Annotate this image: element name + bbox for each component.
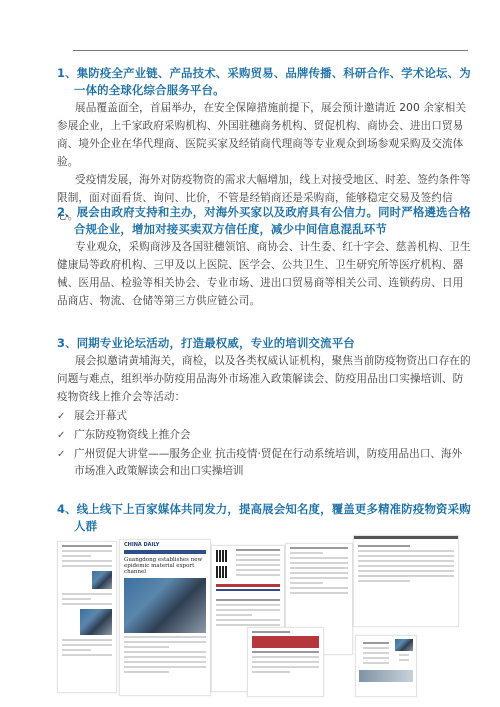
section-2: 2、展会由政府支持和主办，对海外买家以及政府具有公信力。同时严格遴选合格合规企业… [57, 204, 472, 310]
news-photo [92, 571, 112, 589]
check-icon: ✓ [57, 408, 65, 425]
checklist-item: ✓广州贸促大讲堂——服务企业 抗击疫情·贸促在行动系统培训，防疫用品出口、海外市… [57, 446, 472, 480]
newspaper-page [355, 635, 417, 697]
section-number: 4、 [57, 502, 77, 516]
section-title: 集防疫全产业链、产品技术、采购贸易、品牌传播、科研合作、学术论坛、为一体的全球化… [74, 66, 471, 97]
section-number: 2、 [57, 205, 77, 219]
newspaper-clipping [57, 541, 117, 693]
checklist-item: ✓展会开幕式 [57, 408, 472, 425]
news-photo [395, 639, 413, 651]
article-headline: Guangdong establishes new epidemic mater… [124, 557, 206, 575]
section-heading: 1、集防疫全产业链、产品技术、采购贸易、品牌传播、科研合作、学术论坛、为一体的全… [57, 65, 472, 99]
section-3: 3、同期专业论坛活动，打造最权威，专业的培训交流平台 展会拟邀请黄埔海关，商检，… [57, 335, 472, 482]
checklist-item-label: 展会开幕式 [74, 410, 127, 422]
section-1: 1、集防疫全产业链、产品技术、采购贸易、品牌传播、科研合作、学术论坛、为一体的全… [57, 65, 472, 225]
news-masthead: CHINA DAILY [124, 542, 206, 548]
section-number: 1、 [57, 66, 77, 80]
english-news-article: CHINA DAILY Guangdong establishes new ep… [119, 539, 211, 696]
section-heading: 2、展会由政府支持和主办，对海外买家以及政府具有公信力。同时严格遴选合格合规企业… [57, 204, 472, 238]
media-coverage-collage: CHINA DAILY Guangdong establishes new ep… [57, 527, 477, 697]
section-number: 3、 [57, 336, 77, 350]
news-article-red-banner [247, 627, 324, 697]
checklist-item-label: 广州贸促大讲堂——服务企业 抗击疫情·贸促在行动系统培训，防疫用品出口、海外市场… [74, 448, 462, 477]
paragraph: 展品覆盖面全，首届举办，在安全保障措施前提下，展会预计邀请近 200 余家相关参… [57, 99, 472, 171]
news-article-grey [353, 535, 459, 627]
check-icon: ✓ [57, 446, 65, 463]
qr-code-icon [216, 550, 228, 562]
section-title: 展会由政府支持和主办，对海外买家以及政府具有公信力。同时严格遴选合格合规企业，增… [74, 205, 471, 236]
header-divider [73, 50, 468, 51]
checklist-item: ✓广东防疫物资线上推介会 [57, 427, 472, 444]
checklist-item-label: 广东防疫物资线上推介会 [74, 429, 191, 441]
activity-checklist: ✓展会开幕式 ✓广东防疫物资线上推介会 ✓广州贸促大讲堂——服务企业 抗击疫情·… [57, 408, 472, 480]
paragraph: 专业观众，采购商涉及各国驻穗领馆、商协会、计生委、红十字会、慈善机构、卫生健康局… [57, 238, 472, 310]
paragraph: 展会拟邀请黄埔海关，商检，以及各类权威认证机构，聚焦当前防疫物资出口存在的问题与… [57, 352, 472, 406]
news-photo [80, 609, 112, 635]
section-title: 同期专业论坛活动，打造最权威，专业的培训交流平台 [77, 336, 355, 350]
news-photo [359, 670, 413, 682]
article-photo [124, 578, 206, 633]
section-heading: 3、同期专业论坛活动，打造最权威，专业的培训交流平台 [57, 335, 472, 352]
qr-code-icon [216, 566, 228, 578]
check-icon: ✓ [57, 427, 65, 444]
